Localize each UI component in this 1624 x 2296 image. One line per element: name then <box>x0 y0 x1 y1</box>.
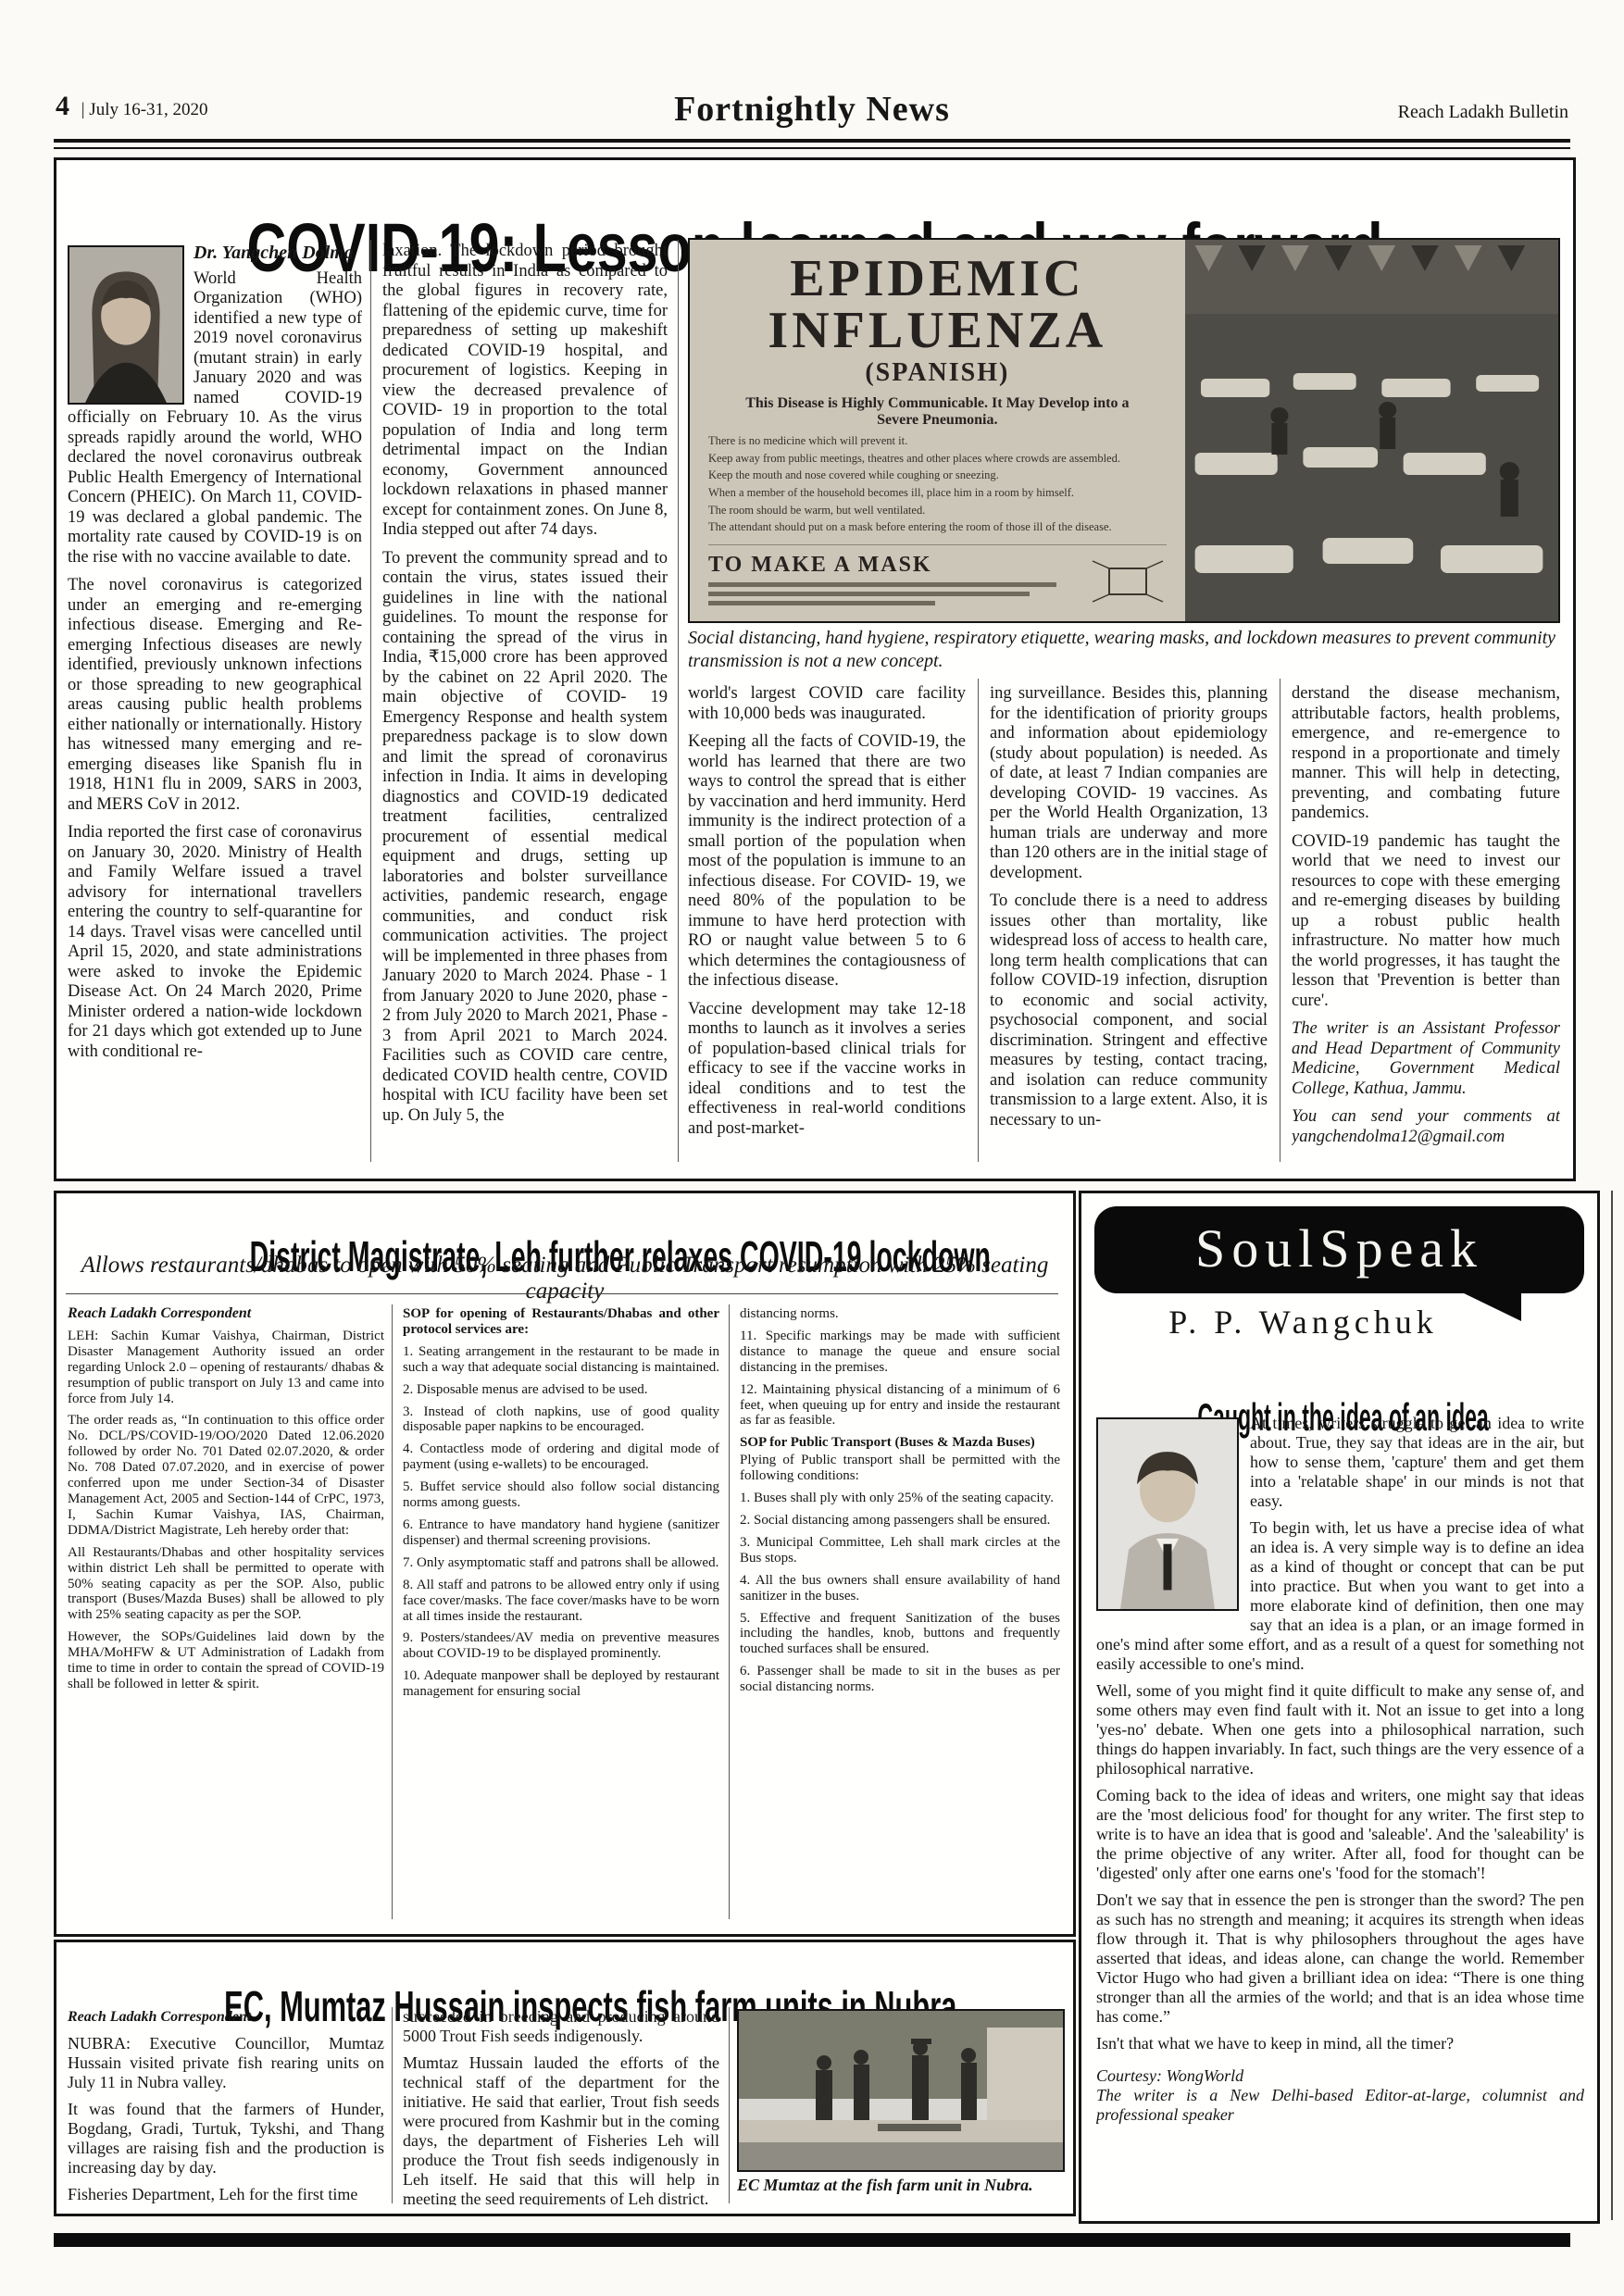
covid-paragraph: To prevent the community spread and to c… <box>382 549 668 1127</box>
covid-paragraph: derstand the disease mechanism, attribut… <box>1292 684 1560 824</box>
fish-paragraph: Fisheries Department, Leh for the first … <box>68 2185 384 2204</box>
column-divider <box>729 2007 730 2203</box>
epidemic-influenza-poster-photo: EPIDEMIC INFLUENZA (SPANISH) This Diseas… <box>688 238 1560 623</box>
comments-note: You can send your comments at yangchendo… <box>1292 1107 1560 1147</box>
covid-article: COVID-19: Lesson learned and way forward… <box>54 157 1576 1181</box>
covid-paragraph: Keeping all the facts of COVID-19, the w… <box>688 732 966 992</box>
poster-line: Keep the mouth and nose covered while co… <box>708 468 1167 483</box>
fish-article: EC, Mumtaz Hussain inspects fish farm un… <box>54 1940 1076 2216</box>
mask-heading: TO MAKE A MASK <box>708 553 1087 578</box>
illegible-text-bar <box>708 582 1056 587</box>
covid-paragraph: The novel coronavirus is categorized und… <box>68 576 362 815</box>
illegible-text-bar <box>708 601 935 605</box>
poster-line: When a member of the household becomes i… <box>708 486 1167 501</box>
publication-name: Reach Ladakh Bulletin <box>1398 102 1568 123</box>
sop-item: 4. Contactless mode of ordering and digi… <box>403 1441 719 1473</box>
poster-title: EPIDEMIC <box>708 253 1167 305</box>
district-byline: Reach Ladakh Correspondent <box>68 1306 384 1322</box>
mask-diagram-icon <box>1087 557 1167 605</box>
soulspeak-paragraph: Coming back to the idea of ideas and wri… <box>1096 1786 1584 1883</box>
soulspeak-paragraph: Don't we say that in essence the pen is … <box>1096 1890 1584 2027</box>
writer-credit: The writer is an Assistant Professor and… <box>1292 1019 1560 1099</box>
newspaper-page: { "page": { "page_number": "4", "date": … <box>0 0 1624 2296</box>
illegible-text-bar <box>708 592 1030 596</box>
influenza-poster: EPIDEMIC INFLUENZA (SPANISH) This Diseas… <box>690 240 1185 621</box>
district-paragraph: All Restaurants/Dhabas and other hospita… <box>68 1545 384 1624</box>
covid-paragraph: To conclude there is a need to address i… <box>990 892 1268 1130</box>
district-paragraph: LEH: Sachin Kumar Vaishya, Chairman, Dis… <box>68 1329 384 1407</box>
covid-paragraph: COVID-19 pandemic has taught the world t… <box>1292 832 1560 1012</box>
covid-paragraph: Vaccine development may take 12-18 month… <box>688 1000 966 1140</box>
columnist-portrait-illustration <box>1098 1419 1237 1609</box>
covid-paragraph: world's largest COVID care facility with… <box>688 684 966 724</box>
author-photo <box>68 245 184 405</box>
covid-paragraph: India reported the first case of coronav… <box>68 823 362 1062</box>
poster-title: INFLUENZA <box>708 305 1167 356</box>
sop-item: 5. Buffet service should also follow soc… <box>403 1479 719 1511</box>
sop-item: 4. All the bus owners shall ensure avail… <box>740 1573 1060 1604</box>
district-subtitle: Allows restaurants/dhabas to open with 5… <box>56 1253 1073 1304</box>
author-portrait-illustration <box>69 247 182 403</box>
column-divider <box>678 240 679 1162</box>
columnist-photo <box>1096 1417 1239 1611</box>
sop-item: 3. Instead of cloth napkins, use of good… <box>403 1404 719 1436</box>
masthead: Fortnightly News <box>0 89 1624 130</box>
covid-photo-caption: Social distancing, hand hygiene, respira… <box>688 627 1556 673</box>
covid-column-2: laxation. The lockdown period brought fr… <box>382 242 668 1164</box>
sop-item: 1. Seating arrangement in the restaurant… <box>403 1344 719 1376</box>
bottom-rule <box>54 2233 1570 2247</box>
column-divider <box>392 1304 393 1919</box>
poster-line: Keep away from public meetings, theatres… <box>708 452 1167 467</box>
sop-item: 5. Effective and frequent Sanitization o… <box>740 1611 1060 1658</box>
poster-line: The attendant should put on a mask befor… <box>708 520 1167 535</box>
poster-advice-lines: There is no medicine which will prevent … <box>708 434 1167 535</box>
district-paragraph: The order reads as, “In continuation to … <box>68 1413 384 1538</box>
fish-paragraph: NUBRA: Executive Councillor, Mumtaz Huss… <box>68 2034 384 2092</box>
courtesy-note: Courtesy: WongWorld <box>1096 2066 1584 2086</box>
sop-restaurants-heading: SOP for opening of Restaurants/Dhabas an… <box>403 1306 719 1338</box>
fish-farm-illustration <box>739 2011 1063 2170</box>
fish-paragraph: succeeded in breeding and producing arou… <box>403 2007 719 2046</box>
district-article: District Magistrate, Leh further relaxes… <box>54 1191 1076 1937</box>
sop-item: 8. All staff and patrons to be allowed e… <box>403 1578 719 1625</box>
sop-item-continued: distancing norms. <box>740 1306 1060 1322</box>
header-divider <box>54 139 1570 149</box>
district-column-2: SOP for opening of Restaurants/Dhabas an… <box>403 1306 719 1919</box>
mask-instructions: TO MAKE A MASK <box>708 544 1167 610</box>
covid-column-4: ing surveillance. Besides this, planning… <box>990 684 1268 1164</box>
fish-photo-caption: EC Mumtaz at the fish farm unit in Nubra… <box>737 2176 1063 2195</box>
influenza-ward-photo <box>1185 240 1558 621</box>
writer-credit: The writer is a New Delhi-based Editor-a… <box>1096 2086 1584 2125</box>
sop-item: 10. Adequate manpower shall be deployed … <box>403 1668 719 1700</box>
soulspeak-paragraph: Isn't that what we have to keep in mind,… <box>1096 2034 1584 2053</box>
sop-transport-intro: Plying of Public transport shall be perm… <box>740 1453 1060 1484</box>
poster-warning: This Disease is Highly Communicable. It … <box>727 395 1148 429</box>
sop-item: 11. Specific markings may be made with s… <box>740 1329 1060 1376</box>
fish-paragraph: It was found that the farmers of Hunder,… <box>68 2100 384 2177</box>
sop-item: 2. Social distancing among passengers sh… <box>740 1513 1060 1529</box>
poster-subtitle-spanish: (SPANISH) <box>708 358 1167 388</box>
poster-line: There is no medicine which will prevent … <box>708 434 1167 449</box>
fish-column-1: Reach Ladakh Correspondent NUBRA: Execut… <box>68 2007 384 2205</box>
sop-transport-heading: SOP for Public Transport (Buses & Mazda … <box>740 1435 1060 1451</box>
district-paragraph: However, the SOPs/Guidelines laid down b… <box>68 1629 384 1692</box>
column-divider <box>978 679 979 1162</box>
column-divider <box>1280 679 1280 1162</box>
soulspeak-column: SoulSpeak P. P. Wangchuk Caught in the i… <box>1079 1191 1600 2224</box>
column-divider <box>729 1304 730 1919</box>
column-divider <box>392 2007 393 2203</box>
fish-column-2: succeeded in breeding and producing arou… <box>403 2007 719 2205</box>
district-column-3: distancing norms. 11. Specific markings … <box>740 1306 1060 1919</box>
district-column-1: Reach Ladakh Correspondent LEH: Sachin K… <box>68 1306 384 1919</box>
sop-item: 3. Municipal Committee, Leh shall mark c… <box>740 1535 1060 1566</box>
soulspeak-banner: SoulSpeak <box>1094 1206 1584 1293</box>
soulspeak-body: At times, writers struggle to get an ide… <box>1096 1414 1584 2212</box>
sop-item: 2. Disposable menus are advised to be us… <box>403 1382 719 1398</box>
covid-column-3: world's largest COVID care facility with… <box>688 684 966 1164</box>
fish-paragraph: Mumtaz Hussain lauded the efforts of the… <box>403 2053 719 2205</box>
subtitle-divider <box>66 1293 1058 1294</box>
covid-column-5: derstand the disease mechanism, attribut… <box>1292 684 1560 1164</box>
sop-item: 1. Buses shall ply with only 25% of the … <box>740 1491 1060 1506</box>
sop-item: 12. Maintaining physical distancing of a… <box>740 1382 1060 1429</box>
sop-item: 6. Passenger shall be made to sit in the… <box>740 1664 1060 1695</box>
fish-farm-photo <box>737 2009 1065 2172</box>
sop-item: 9. Posters/standees/AV media on preventi… <box>403 1630 719 1662</box>
sop-item: 6. Entrance to have mandatory hand hygie… <box>403 1517 719 1549</box>
poster-line: The room should be warm, but well ventil… <box>708 504 1167 518</box>
fish-byline: Reach Ladakh Correspondent <box>68 2007 384 2027</box>
sop-item: 7. Only asymptomatic staff and patrons s… <box>403 1555 719 1571</box>
covid-paragraph: laxation. The lockdown period brought fr… <box>382 242 668 541</box>
soulspeak-author: P. P. Wangchuk <box>1081 1303 1525 1341</box>
column-divider <box>370 240 371 1162</box>
covid-column-1: Dr. Yangchen Dolma World Health Organiza… <box>68 242 362 1164</box>
covid-paragraph: ing surveillance. Besides this, planning… <box>990 684 1268 883</box>
page-edge-line <box>1611 1191 1613 2220</box>
ward-photo-illustration <box>1185 240 1558 621</box>
soulspeak-paragraph: Well, some of you might find it quite di… <box>1096 1681 1584 1778</box>
